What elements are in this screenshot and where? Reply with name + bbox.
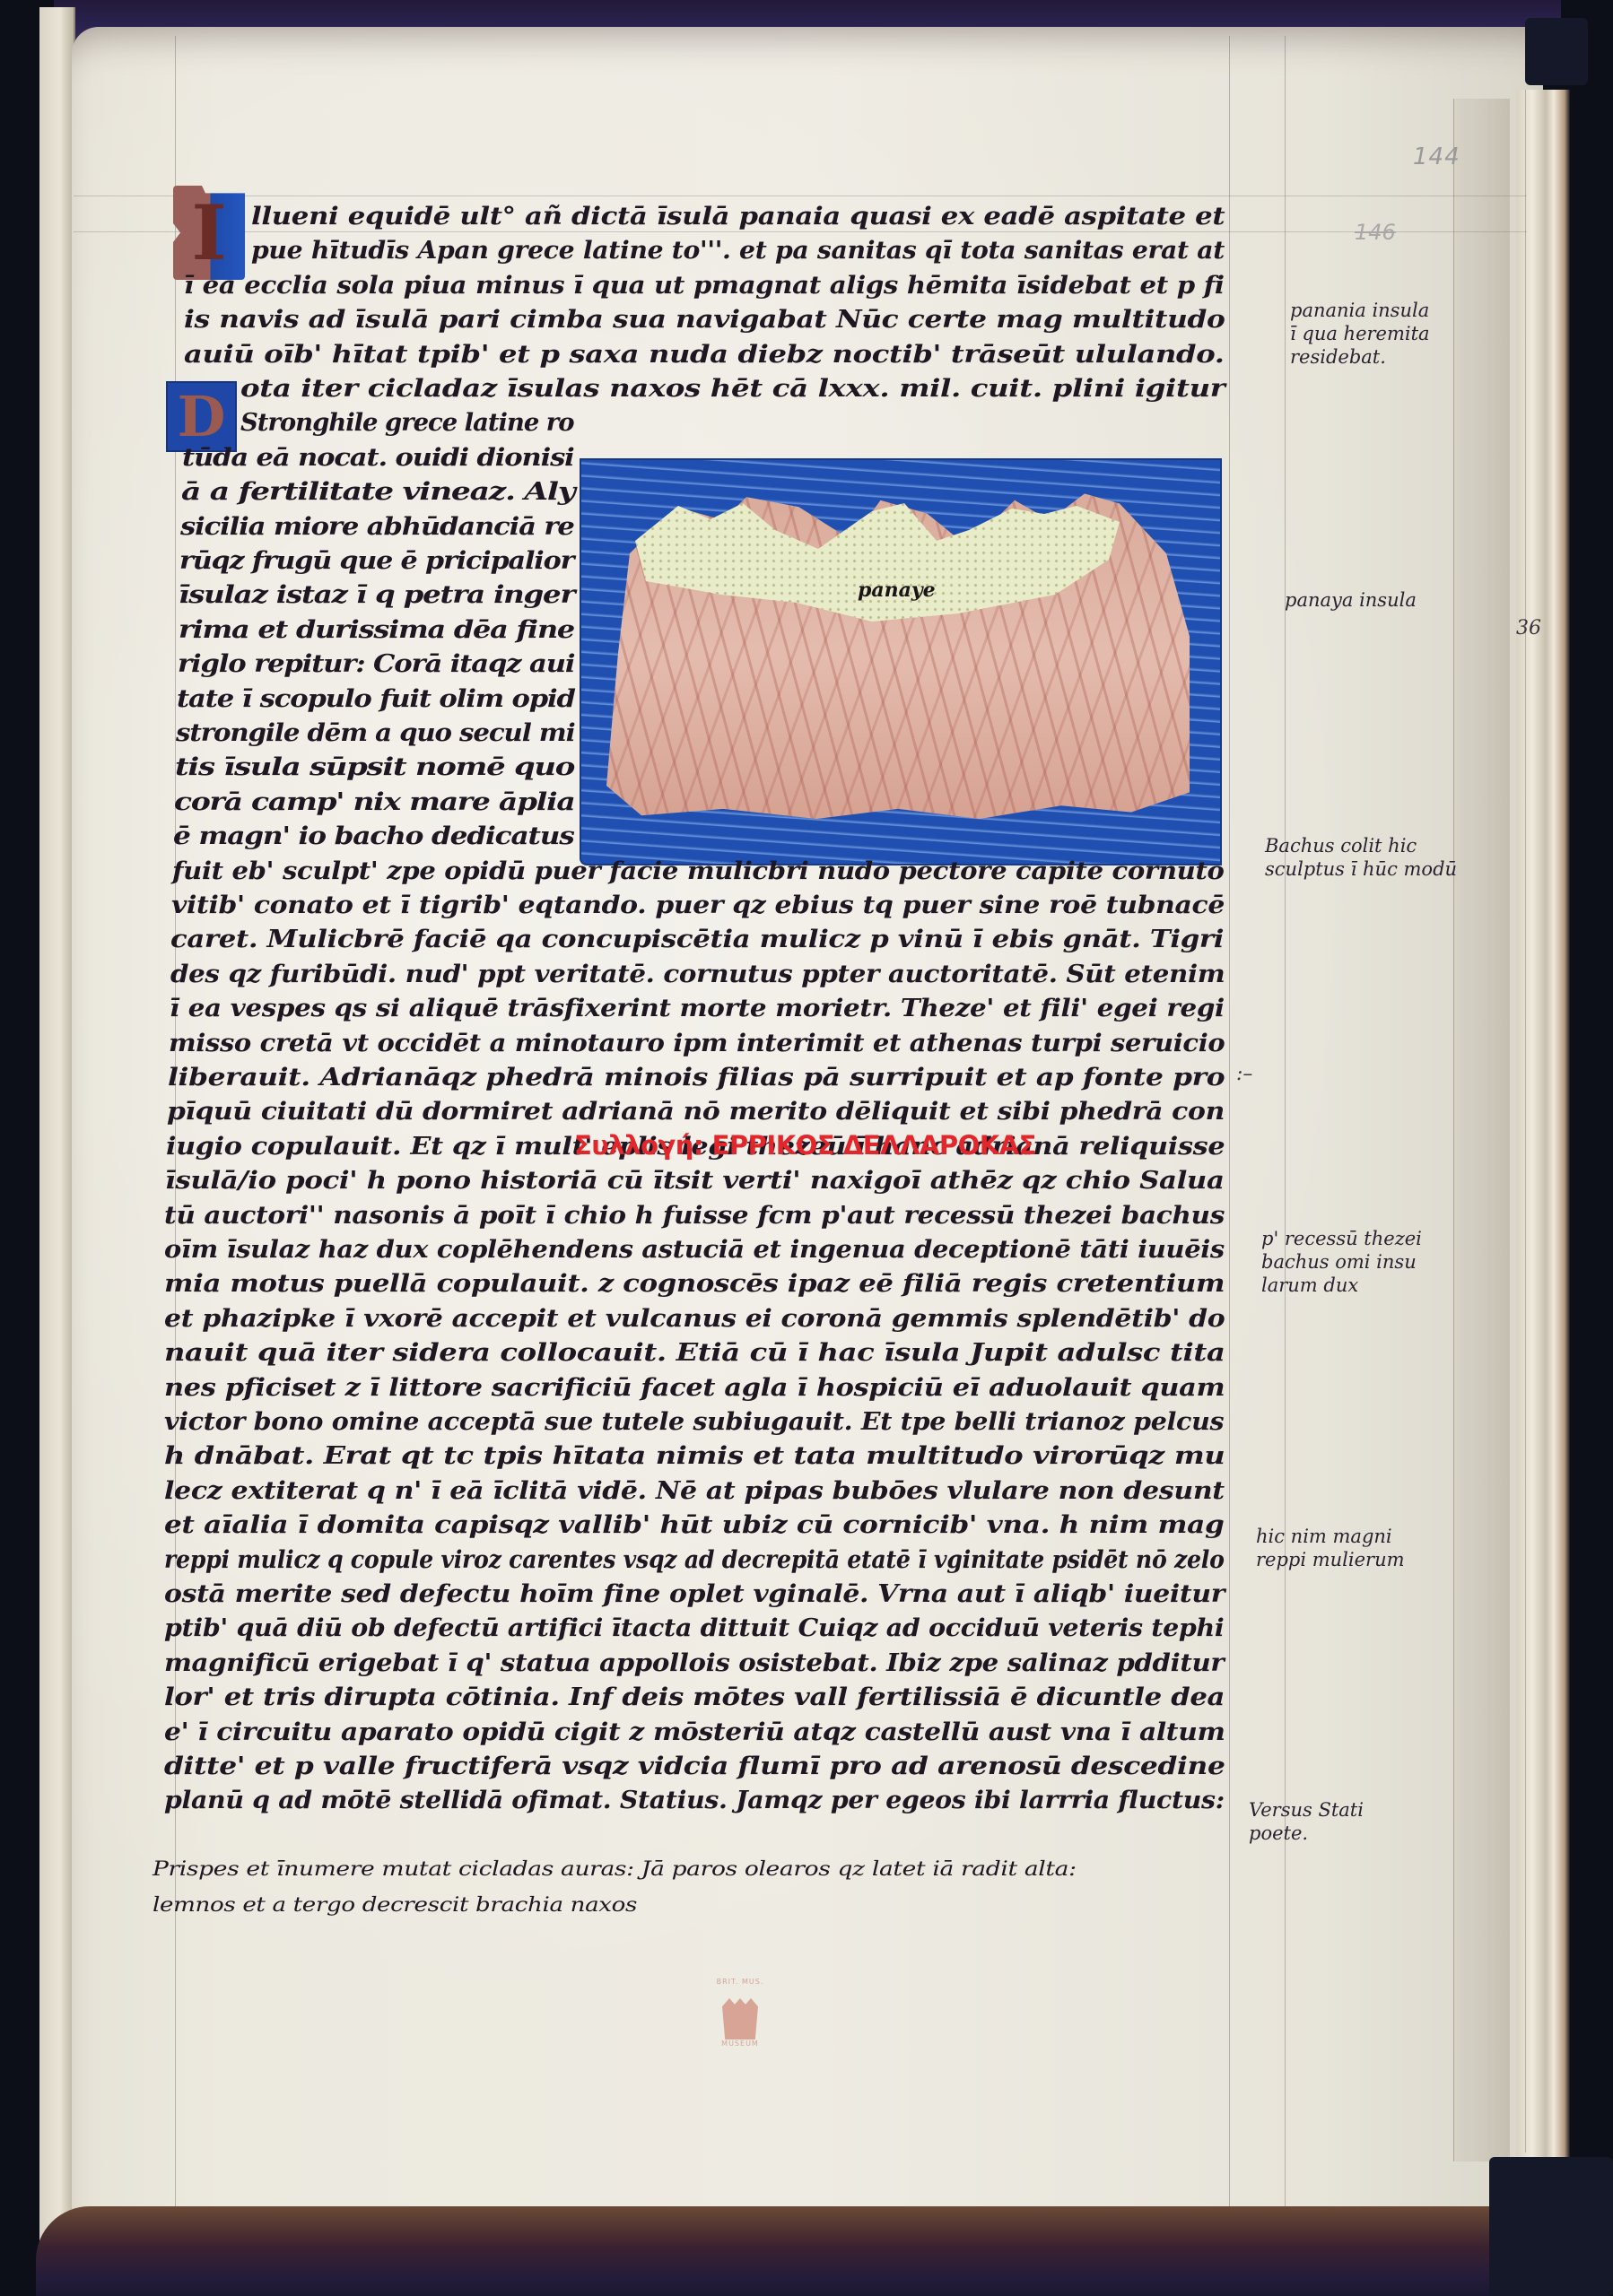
initial-letter: D: [178, 384, 226, 449]
folio-number: 144: [1413, 143, 1460, 170]
text-line: fuit eb' sculpt' zpe opidū puer facie mu…: [172, 857, 1225, 885]
ruling-line-margin-left: [1285, 36, 1286, 2206]
text-line: lor' et tris dirupta cōtinia. Inf deis m…: [164, 1683, 1225, 1711]
text-line: ptib' quā diū ob defectū artifici ītacta…: [164, 1614, 1224, 1642]
marginal-line: larum dux: [1261, 1274, 1422, 1297]
marginal-line: hic nim magni: [1256, 1525, 1405, 1548]
ruling-line-top-2: [74, 231, 1527, 232]
text-line: vitib' conato et ī tigrib' eqtando. puer…: [171, 891, 1225, 919]
text-line: reppi mulicz q copule viroz carentes vsq…: [164, 1546, 1225, 1574]
text-line: tūda eā nocat. ouidi dionisi: [182, 444, 574, 472]
illuminated-initial-d: D: [166, 381, 237, 452]
text-line: llueni equidē ult° añ dictā īsulā panaia…: [251, 203, 1225, 230]
ruling-line-text-right: [1229, 36, 1230, 2206]
text-line: misso cretā vt occidēt a minotauro ipm i…: [169, 1030, 1225, 1057]
text-line: strongile dēm a quo secul mi: [176, 719, 575, 747]
text-line: ditte' et p valle fructiferā vsqz vidcia…: [164, 1752, 1225, 1780]
marginal-line: reppi mulierum: [1256, 1548, 1405, 1571]
text-line: ostā merite sed defectu hoīm fine oplet …: [164, 1580, 1225, 1608]
book-clip-top: [1525, 18, 1588, 85]
ruling-line-top: [74, 196, 1527, 196]
text-line: mia motus puellā copulauit. z cognoscēs …: [164, 1270, 1225, 1298]
text-line: magnificū erigebat ī q' statua appollois…: [164, 1649, 1224, 1677]
marginal-note-mulierum: hic nim magni reppi mulierum: [1256, 1525, 1405, 1571]
stamp-bottom-text: MUSEUM: [721, 2039, 759, 2048]
text-line: rima et durissima dēa fine: [179, 616, 574, 644]
text-line: ī ea vespes qs si aliquē trāsfixerint mo…: [170, 995, 1225, 1022]
island-label: panaye: [858, 578, 936, 602]
text-line: riglo repitur: Corā itaqz aui: [178, 650, 574, 678]
text-line: ē magn' io bacho dedicatus: [173, 822, 574, 850]
text-line: victor bono omine acceptā sue tutele sub…: [164, 1408, 1224, 1436]
marginal-note-versus-stati: Versus Stati poete.: [1249, 1798, 1364, 1845]
verse-line: Prispes et īnumere mutat cicladas auras:…: [153, 1858, 1077, 1881]
stamp-top-text: BRIT. MUS.: [717, 1978, 764, 1986]
verse-line: lemnos et a tergo decrescit brachia naxo…: [153, 1894, 637, 1917]
text-line: sicilia miore abhūdanciā re: [180, 513, 574, 541]
text-line: et aīalia ī domita capisqz vallib' hūt u…: [164, 1511, 1224, 1539]
text-line: ī ea ecclia sola piua minus ī qua ut pma…: [184, 272, 1225, 300]
marginal-line: sculptus ī hūc modū: [1265, 857, 1457, 881]
collection-watermark: Συλλογή: ΕΡΡΙΚΟΣ ΔΕΛΛΑΡΟΚΑΣ: [574, 1130, 1036, 1161]
text-line: nes pficiset z ī littore sacrificiū face…: [164, 1374, 1225, 1402]
text-line: planū q ad mōtē stellidā ofimat. Statius…: [164, 1787, 1225, 1814]
margin-mark: :–: [1236, 1063, 1252, 1085]
text-line: caret. Mulicbrē faciē qa concupiscētia m…: [170, 926, 1224, 953]
text-line: ota iter cicladaz īsulas naxos hēt cā lx…: [240, 375, 1225, 403]
marginal-note-panaya: panaya insula: [1285, 588, 1417, 612]
text-line: liberauit. Adrianāqz phedrā minois filia…: [168, 1064, 1225, 1091]
text-line: rūqz frugū que ē pricipalior: [179, 547, 573, 575]
illuminated-initial-i: I: [173, 186, 245, 280]
marginal-line: p' recessū thezei: [1261, 1227, 1422, 1250]
text-line: is navis ad īsulā pari cimba sua navigab…: [184, 306, 1225, 334]
text-line: corā camp' nix mare āplia: [174, 788, 574, 816]
facing-page-edge: [39, 7, 75, 2267]
marginal-note-panania: panania insula ī qua heremita residebat.: [1290, 299, 1430, 369]
book-binding-bottom: [36, 2206, 1561, 2296]
library-stamp: BRIT. MUS. MUSEUM: [709, 1978, 772, 2049]
text-line: oīm īsulaz haz dux coplēhendens astuciā …: [164, 1236, 1225, 1264]
marginal-note-recessu-thezei: p' recessū thezei bachus omi insu larum …: [1261, 1227, 1422, 1297]
marginal-line: Bachus colit hic: [1265, 834, 1457, 857]
crown-icon: [722, 1998, 758, 2039]
text-line: lecz extiterat q n' ī eā īclitā vidē. Nē…: [164, 1477, 1225, 1505]
text-line: pue hītudīs Apan grece latine to'''. et …: [251, 237, 1225, 265]
text-line: īsulaz istaz ī q petra inger: [179, 581, 574, 609]
text-line: Stronghile grece latine ro: [240, 409, 574, 437]
initial-letter: I: [191, 188, 226, 277]
page-fold-strip: [1453, 99, 1510, 2161]
marginal-line: bachus omi insu: [1261, 1250, 1422, 1274]
text-line: auiū oīb' hītat tpib' et p saxa nuda die…: [184, 341, 1225, 369]
marginal-line: poete.: [1249, 1822, 1364, 1845]
marginal-line: ī qua heremita: [1290, 322, 1430, 345]
page-stack-edge: [1516, 90, 1570, 2188]
text-line: īsulā/io poci' h pono historiā cū ītsit …: [165, 1167, 1225, 1195]
text-line: nauit quā iter sidera collocauit. Etiā c…: [164, 1339, 1225, 1367]
text-line: tate ī scopulo fuit olim opid: [177, 685, 575, 713]
marginal-line: panaya insula: [1285, 588, 1417, 612]
marginal-line: residebat.: [1290, 345, 1430, 369]
text-line: pīquū ciuitati dū dormiret adrianā nō me…: [167, 1098, 1225, 1126]
book-clip-bottom: [1489, 2157, 1613, 2296]
marginal-note-bachus-sculptus: Bachus colit hic sculptus ī hūc modū: [1265, 834, 1457, 881]
margin-number: 36: [1516, 617, 1541, 639]
marginal-line: Versus Stati: [1249, 1798, 1364, 1822]
marginal-line: panania insula: [1290, 299, 1430, 322]
text-line: ā a fertilitate vineaz. Aly: [181, 478, 574, 506]
text-line: des qz furibūdi. nud' ppt veritatē. corn…: [170, 961, 1225, 988]
text-line: tū auctori'' nasonis ā poīt ī chio h fui…: [164, 1202, 1225, 1230]
text-line: tis īsula sūpsit nomē quo: [175, 753, 574, 781]
text-line: e' ī circuitu aparato opidū cigit z mōst…: [164, 1718, 1225, 1746]
ruling-line-margin-right: [1525, 90, 1526, 2152]
text-line: et phazipke ī vxorē accepit et vulcanus …: [164, 1305, 1225, 1333]
island-illustration: panaye: [581, 460, 1220, 864]
text-line: h dnābat. Erat qt tc tpis hītata nimis e…: [164, 1442, 1225, 1470]
folio-number-cancelled: 146: [1355, 220, 1396, 245]
